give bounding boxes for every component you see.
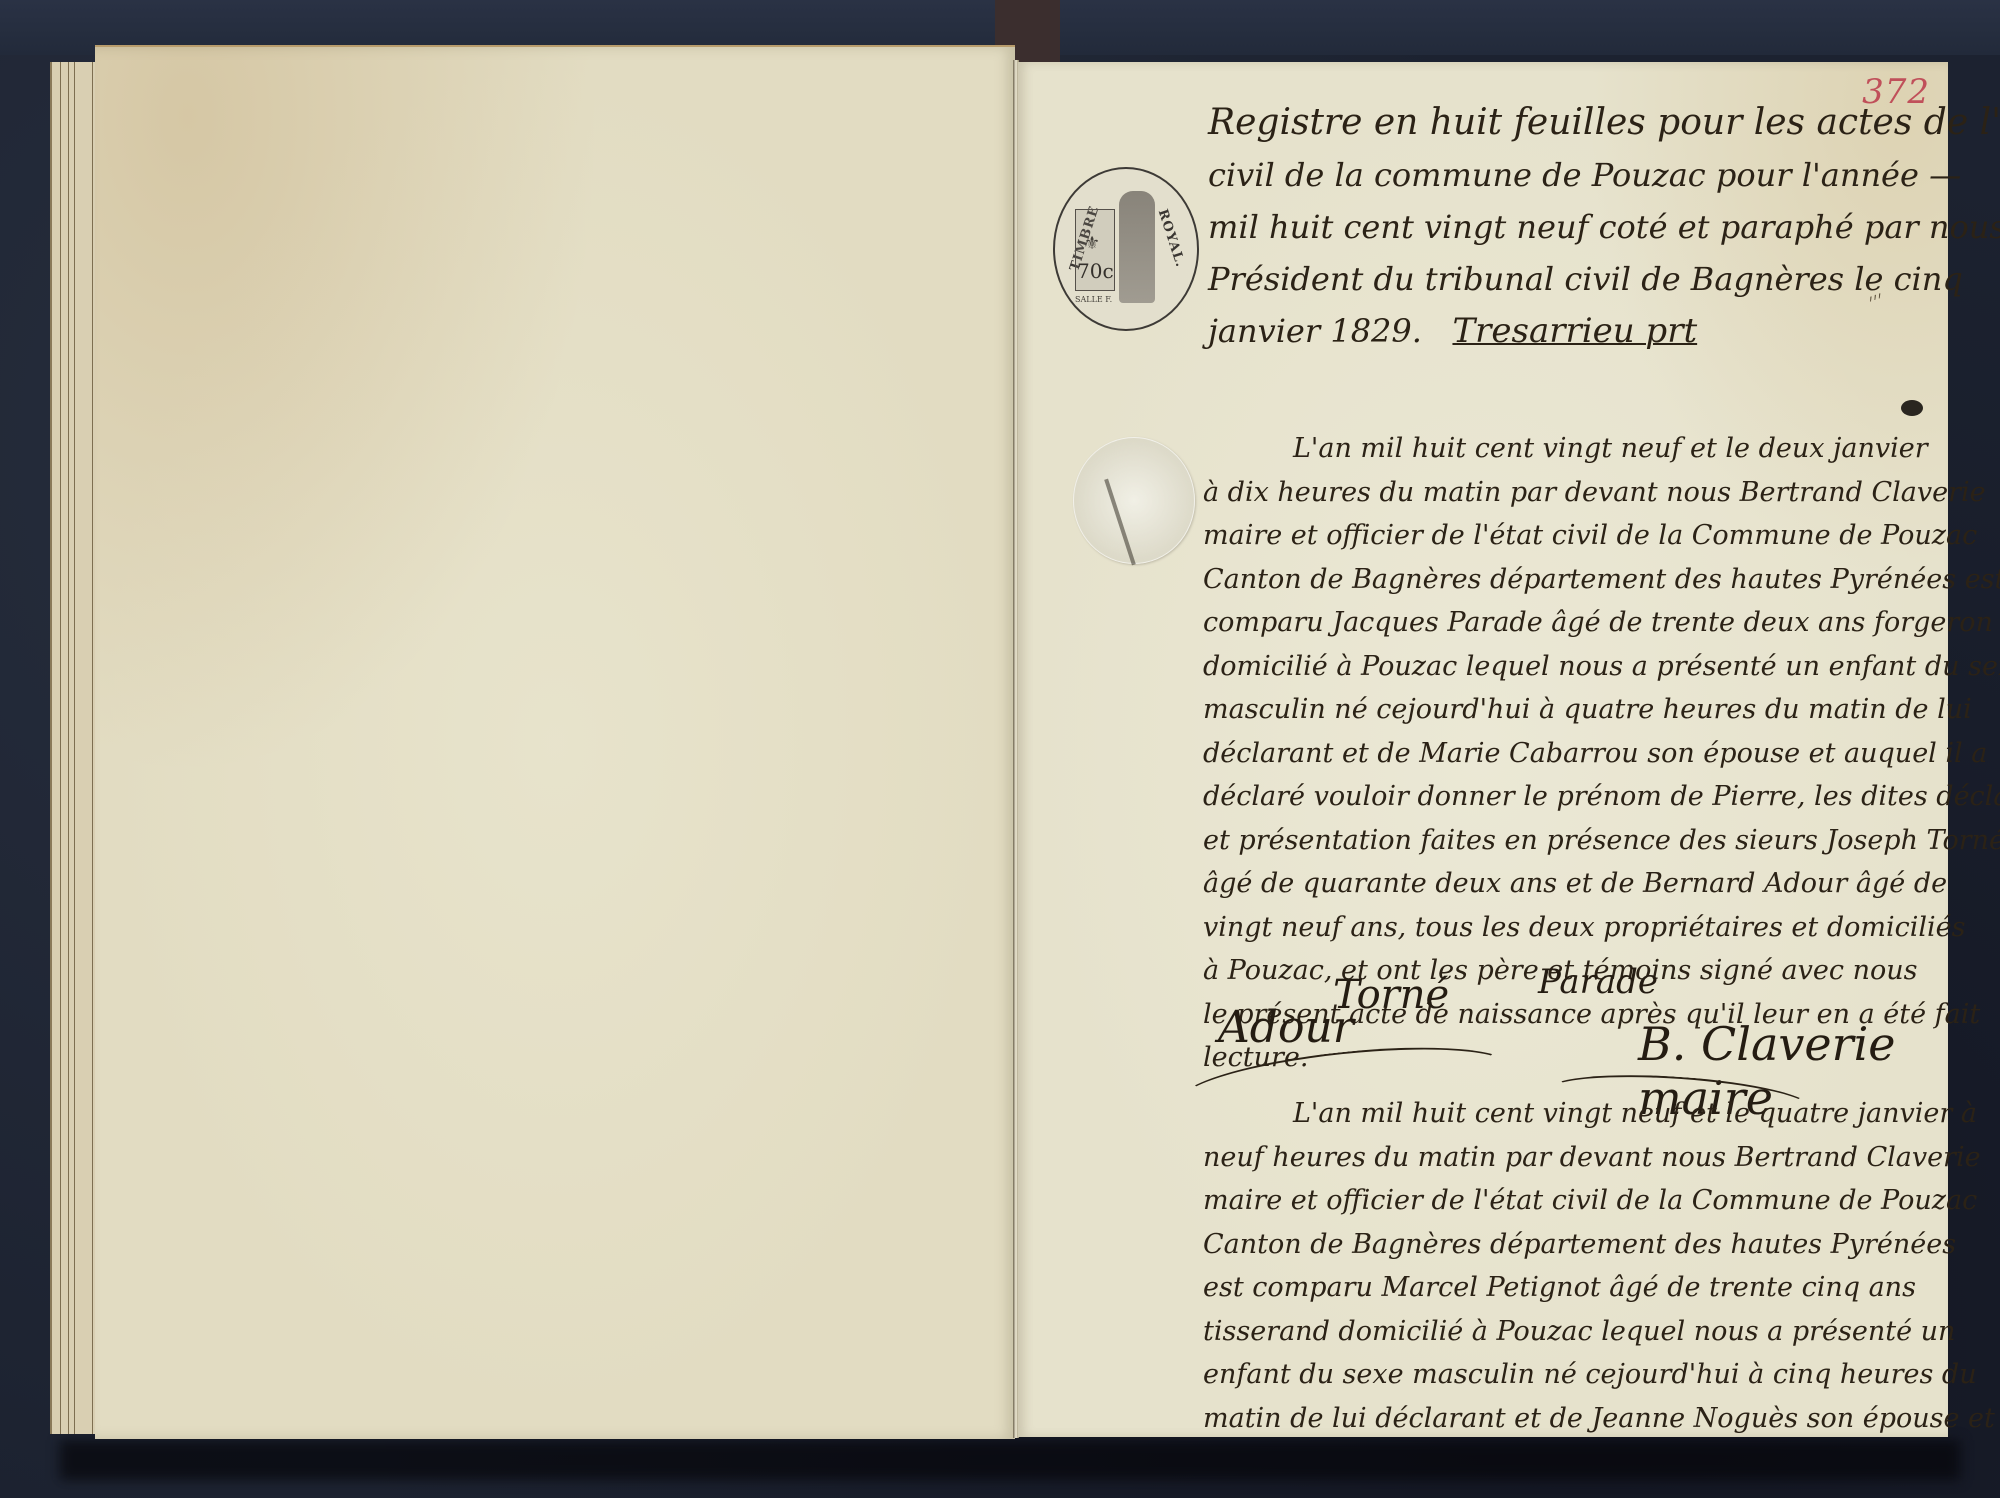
leaf-edge <box>60 62 61 1434</box>
entry-line: déclarant et de Marie Cabarrou son épous… <box>1203 732 1938 776</box>
leaf-edge <box>74 62 75 1434</box>
entry-line: enfant du sexe masculin né cejourd'hui à… <box>1203 1353 1938 1397</box>
stamp-word-right: ROYAL. <box>1154 207 1187 269</box>
entry-line: L'an mil huit cent vingt neuf et le quat… <box>1203 1092 1938 1136</box>
signature-parade: Parade <box>1538 962 1658 1002</box>
register-header: Registre en huit feuilles pour les actes… <box>1208 97 1928 357</box>
right-page: 372 TIMBRE ROYAL. ⚜ 70c SALLE F. Registr… <box>1018 62 1948 1437</box>
fleur-de-lis-icon: ⚜ <box>1084 233 1100 254</box>
president-signature: Tresarrieu prt <box>1452 311 1697 351</box>
ink-blot <box>1901 400 1923 416</box>
entry-line: vingt neuf ans, tous les deux propriétai… <box>1203 906 1938 950</box>
entry-line: Canton de Bagnères département des haute… <box>1203 558 1938 602</box>
birth-entry-2: L'an mil huit cent vingt neuf et le quat… <box>1203 1092 1938 1440</box>
header-line: Président du tribunal civil de Bagnères … <box>1208 253 1928 305</box>
header-line: civil de la commune de Pouzac pour l'ann… <box>1208 149 1928 201</box>
embossed-seal-icon <box>1073 437 1195 564</box>
signature-torne: Torné <box>1333 972 1449 1018</box>
entry-line: matin de lui déclarant et de Jeanne Nogu… <box>1203 1397 1938 1441</box>
entry-line: maire et officier de l'état civil de la … <box>1203 514 1938 558</box>
stamp-value: 70c <box>1077 259 1114 283</box>
header-line: Registre en huit feuilles pour les actes… <box>1208 97 1928 149</box>
header-line: janvier 1829. Tresarrieu prt <box>1208 305 1928 357</box>
entry-line: maire et officier de l'état civil de la … <box>1203 1179 1938 1223</box>
entry-line: L'an mil huit cent vingt neuf et le deux… <box>1203 427 1938 471</box>
entry-line: à dix heures du matin par devant nous Be… <box>1203 471 1938 515</box>
leaf-edge <box>92 62 93 1434</box>
entry-line: déclaré vouloir donner le prénom de Pier… <box>1203 775 1938 819</box>
entry-line: masculin né cejourd'hui à quatre heures … <box>1203 688 1938 732</box>
page-shadow <box>60 1440 1960 1480</box>
leaf-edge <box>68 62 69 1434</box>
entry-1-signatures: Adour Torné Parade B. Claverie maire <box>1218 962 1938 1112</box>
stamp-caption: SALLE F. <box>1075 295 1112 304</box>
left-page-blank <box>95 45 1015 1439</box>
entry-line: domicilié à Pouzac lequel nous a présent… <box>1203 645 1938 689</box>
entry-line: et présentation faites en présence des s… <box>1203 819 1938 863</box>
header-line: mil huit cent vingt neuf coté et paraphé… <box>1208 201 1928 253</box>
royal-stamp-icon: TIMBRE ROYAL. ⚜ 70c SALLE F. <box>1053 167 1199 331</box>
entry-line: tisserand domicilié à Pouzac lequel nous… <box>1203 1310 1938 1354</box>
entry-line: est comparu Marcel Petignot âgé de trent… <box>1203 1266 1938 1310</box>
entry-line: comparu Jacques Parade âgé de trente deu… <box>1203 601 1938 645</box>
header-date: janvier 1829. <box>1208 312 1422 350</box>
entry-line: Canton de Bagnères département des haute… <box>1203 1223 1938 1267</box>
entry-line: neuf heures du matin par devant nous Ber… <box>1203 1136 1938 1180</box>
stamp-figure <box>1119 191 1155 303</box>
entry-line: âgé de quarante deux ans et de Bernard A… <box>1203 862 1938 906</box>
